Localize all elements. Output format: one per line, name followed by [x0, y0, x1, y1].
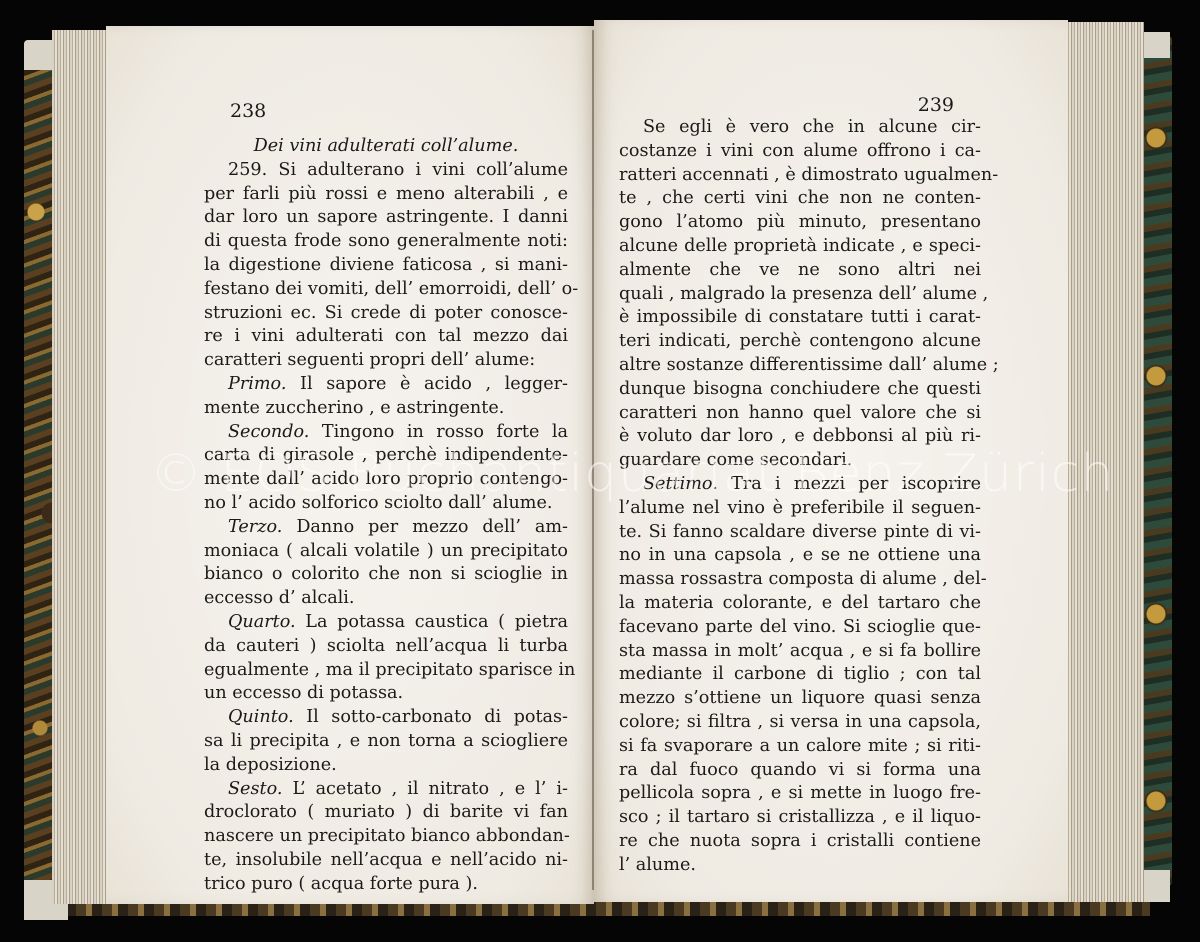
- text-line: sa li precipita , e non torna a scioglie…: [204, 730, 568, 754]
- text-line: eccesso d’ alcali.: [204, 587, 568, 611]
- text-line: gono l’atomo più minuto, presentano: [619, 211, 981, 235]
- text-line: carta di girasole , perchè indipendente-: [204, 444, 568, 468]
- text-line: Se egli è vero che in alcune cir-: [619, 116, 981, 140]
- page-number: 238: [230, 100, 266, 122]
- line-text: re i vini adulterati con tal mezzo dai: [204, 326, 568, 346]
- line-text: è voluto dar loro , e debbonsi al più ri…: [619, 426, 981, 446]
- line-text: alcune delle proprietà indicate , e spec…: [619, 236, 981, 256]
- line-text: un eccesso di potassa.: [204, 683, 403, 703]
- text-line: l’alume nel vino è preferibile il seguen…: [619, 497, 981, 521]
- text-line: Settimo. Tra i mezzi per iscoprire: [619, 473, 981, 497]
- line-text: bianco o colorito che non si scioglie in: [204, 564, 568, 584]
- text-line: l’ alume.: [619, 854, 981, 878]
- text-line: festano dei vomiti, dell’ emorroidi, del…: [204, 278, 568, 302]
- right-page-text: Se egli è vero che in alcune cir-costanz…: [619, 116, 981, 878]
- text-line: Terzo. Danno per mezzo dell’ am-: [204, 516, 568, 540]
- line-text: Tra i mezzi per iscoprire: [718, 474, 981, 494]
- line-text: no l’ acido solforico sciolto dall’ alum…: [204, 493, 552, 513]
- text-line: pellicola sopra , e si mette in luogo fr…: [619, 782, 981, 806]
- line-text: facevano parte del vino. Si scioglie que…: [619, 617, 981, 637]
- line-text: Se egli è vero che in alcune cir-: [643, 117, 981, 137]
- text-line: droclorato ( muriato ) di barite vi fan: [204, 801, 568, 825]
- bottom-cover-edge: [50, 902, 1150, 916]
- line-text: per farli più rossi e meno alterabili , …: [204, 184, 568, 204]
- line-text: droclorato ( muriato ) di barite vi fan: [204, 802, 568, 822]
- text-line: un eccesso di potassa.: [204, 682, 568, 706]
- text-line: la materia colorante, e del tartaro che: [619, 592, 981, 616]
- line-text: l’ alume.: [619, 855, 696, 875]
- text-line: dar loro un sapore astringente. I danni: [204, 206, 568, 230]
- text-line: no in una capsola , e se ne ottiene una: [619, 544, 981, 568]
- text-line: mezzo s’ottiene un liquore quasi senza: [619, 687, 981, 711]
- line-text: egualmente , ma il precipitato sparisce …: [204, 660, 575, 680]
- text-line: Primo. Il sapore è acido , legger-: [204, 373, 568, 397]
- paragraph-lead: Quinto.: [228, 707, 294, 727]
- line-text: carta di girasole , perchè indipendente-: [204, 445, 568, 465]
- text-line: te , che certi vini che non ne conten-: [619, 187, 981, 211]
- left-page: 238 Dei vini adulterati coll’alume. 259.…: [106, 26, 594, 904]
- paragraph-lead: Quarto.: [228, 612, 296, 632]
- line-text: 259. Si adulterano i vini coll’alume: [228, 160, 568, 180]
- text-line: Quarto. La potassa caustica ( pietra: [204, 611, 568, 635]
- line-text: sta massa in molt’ acqua , e si fa bolli…: [619, 641, 981, 661]
- text-line: mente dall’ acido loro proprio contengo-: [204, 468, 568, 492]
- text-line: Quinto. Il sotto-carbonato di potas-: [204, 706, 568, 730]
- text-line: bianco o colorito che non si scioglie in: [204, 563, 568, 587]
- text-line: sco ; il tartaro si cristallizza , e il …: [619, 806, 981, 830]
- text-line: ratteri accennati , è dimostrato ugualme…: [619, 164, 981, 188]
- line-text: si fa svaporare a un calore mite ; si ri…: [619, 736, 981, 756]
- line-text: Il sotto-carbonato di potas-: [294, 707, 568, 727]
- paragraph-lead: Secondo.: [228, 422, 309, 442]
- right-marbled-cover: [1140, 36, 1172, 886]
- line-text: guardare come secondari.: [619, 450, 852, 470]
- line-text: La potassa caustica ( pietra: [296, 612, 568, 632]
- line-text: sco ; il tartaro si cristallizza , e il …: [619, 807, 981, 827]
- text-line: no l’ acido solforico sciolto dall’ alum…: [204, 492, 568, 516]
- text-line: trico puro ( acqua forte pura ).: [204, 873, 568, 897]
- text-line: re i vini adulterati con tal mezzo dai: [204, 325, 568, 349]
- line-text: struzioni ec. Si crede di poter conosce-: [204, 303, 568, 323]
- book-gutter: [592, 30, 594, 890]
- text-line: caratteri seguenti propri dell’ alume:: [204, 349, 568, 373]
- line-text: caratteri non hanno quel valore che si: [619, 403, 981, 423]
- paragraph-lead: Terzo.: [228, 517, 282, 537]
- text-line: si fa svaporare a un calore mite ; si ri…: [619, 735, 981, 759]
- line-text: eccesso d’ alcali.: [204, 588, 355, 608]
- right-page: 239 Se egli è vero che in alcune cir-cos…: [594, 20, 1068, 902]
- line-text: gono l’atomo più minuto, presentano: [619, 212, 981, 232]
- line-text: sa li precipita , e non torna a scioglie…: [204, 731, 568, 751]
- text-line: alcune delle proprietà indicate , e spec…: [619, 235, 981, 259]
- text-line: teri indicati, perchè contengono alcune: [619, 330, 981, 354]
- page-number: 239: [918, 94, 954, 116]
- paragraph-lead: Sesto.: [228, 779, 282, 799]
- text-line: ra dal fuoco quando vi si forma una: [619, 759, 981, 783]
- line-text: Il sapore è acido , legger-: [286, 374, 568, 394]
- text-line: è impossibile di constatare tutti i cara…: [619, 306, 981, 330]
- text-line: costanze i vini con alume offrono i ca-: [619, 140, 981, 164]
- left-page-text: Dei vini adulterati coll’alume. 259. Si …: [204, 135, 568, 897]
- text-line: massa rossastra composta di alume , del-: [619, 568, 981, 592]
- line-text: costanze i vini con alume offrono i ca-: [619, 141, 981, 161]
- line-text: dunque bisogna conchiudere che questi: [619, 379, 981, 399]
- text-line: nascere un precipitato bianco abbondan-: [204, 825, 568, 849]
- text-line: mente zuccherino , e astringente.: [204, 397, 568, 421]
- line-text: l’alume nel vino è preferibile il seguen…: [619, 498, 981, 518]
- line-text: la digestione diviene faticosa , si mani…: [204, 255, 568, 275]
- line-text: altre sostanze differentissime dall’ alu…: [619, 355, 999, 375]
- line-text: mediante il carbone di tiglio ; con tal: [619, 664, 981, 684]
- line-text: teri indicati, perchè contengono alcune: [619, 331, 981, 351]
- line-text: festano dei vomiti, dell’ emorroidi, del…: [204, 279, 578, 299]
- line-text: moniaca ( alcali volatile ) un precipita…: [204, 541, 568, 561]
- text-line: caratteri non hanno quel valore che si: [619, 402, 981, 426]
- text-line: colore; si filtra , si versa in una caps…: [619, 711, 981, 735]
- text-line: re che nuota sopra i cristalli contiene: [619, 830, 981, 854]
- line-text: è impossibile di constatare tutti i cara…: [619, 307, 981, 327]
- text-line: moniaca ( alcali volatile ) un precipita…: [204, 540, 568, 564]
- line-text: te , che certi vini che non ne conten-: [619, 188, 981, 208]
- text-line: facevano parte del vino. Si scioglie que…: [619, 616, 981, 640]
- text-line: da cauteri ) sciolta nell’acqua li turba: [204, 635, 568, 659]
- right-page-block-edge: [1066, 22, 1144, 902]
- text-line: è voluto dar loro , e debbonsi al più ri…: [619, 425, 981, 449]
- text-line: quali , malgrado la presenza dell’ alume…: [619, 283, 981, 307]
- text-line: struzioni ec. Si crede di poter conosce-: [204, 302, 568, 326]
- text-line: guardare come secondari.: [619, 449, 981, 473]
- line-text: pellicola sopra , e si mette in luogo fr…: [619, 783, 981, 803]
- text-line: Sesto. L’ acetato , il nitrato , e l’ i-: [204, 778, 568, 802]
- text-line: sta massa in molt’ acqua , e si fa bolli…: [619, 640, 981, 664]
- line-text: dar loro un sapore astringente. I danni: [204, 207, 568, 227]
- line-text: di questa frode sono generalmente noti:: [204, 231, 568, 251]
- line-text: no in una capsola , e se ne ottiene una: [619, 545, 981, 565]
- text-line: mediante il carbone di tiglio ; con tal: [619, 663, 981, 687]
- line-text: nascere un precipitato bianco abbondan-: [204, 826, 570, 846]
- line-text: mezzo s’ottiene un liquore quasi senza: [619, 688, 981, 708]
- text-line: la digestione diviene faticosa , si mani…: [204, 254, 568, 278]
- line-text: trico puro ( acqua forte pura ).: [204, 874, 478, 894]
- line-text: L’ acetato , il nitrato , e l’ i-: [282, 779, 568, 799]
- open-book: 238 Dei vini adulterati coll’alume. 259.…: [0, 0, 1200, 942]
- line-text: Tingono in rosso forte la: [309, 422, 568, 442]
- section-heading: Dei vini adulterati coll’alume.: [204, 135, 568, 159]
- line-text: mente dall’ acido loro proprio contengo-: [204, 469, 568, 489]
- line-text: te, insolubile nell’acqua e nell’acido n…: [204, 850, 568, 870]
- text-line: egualmente , ma il precipitato sparisce …: [204, 659, 568, 683]
- text-line: te. Si fanno scaldare diverse pinte di v…: [619, 521, 981, 545]
- text-line: te, insolubile nell’acqua e nell’acido n…: [204, 849, 568, 873]
- text-line: dunque bisogna conchiudere che questi: [619, 378, 981, 402]
- text-line: di questa frode sono generalmente noti:: [204, 230, 568, 254]
- line-text: caratteri seguenti propri dell’ alume:: [204, 350, 535, 370]
- line-text: la deposizione.: [204, 755, 337, 775]
- line-text: Danno per mezzo dell’ am-: [282, 517, 568, 537]
- text-line: Secondo. Tingono in rosso forte la: [204, 421, 568, 445]
- text-line: per farli più rossi e meno alterabili , …: [204, 183, 568, 207]
- line-text: re che nuota sopra i cristalli contiene: [619, 831, 981, 851]
- line-text: colore; si filtra , si versa in una caps…: [619, 712, 981, 732]
- line-text: quali , malgrado la presenza dell’ alume…: [619, 284, 988, 304]
- line-text: la materia colorante, e del tartaro che: [619, 593, 981, 613]
- paragraph-lead: Primo.: [228, 374, 286, 394]
- paragraph-lead: Settimo.: [643, 474, 718, 494]
- text-line: almente che ve ne sono altri nei: [619, 259, 981, 283]
- line-text: almente che ve ne sono altri nei: [619, 260, 981, 280]
- line-text: massa rossastra composta di alume , del-: [619, 569, 987, 589]
- line-text: te. Si fanno scaldare diverse pinte di v…: [619, 522, 981, 542]
- text-line: 259. Si adulterano i vini coll’alume: [204, 159, 568, 183]
- text-line: altre sostanze differentissime dall’ alu…: [619, 354, 981, 378]
- line-text: ratteri accennati , è dimostrato ugualme…: [619, 165, 998, 185]
- text-line: la deposizione.: [204, 754, 568, 778]
- line-text: da cauteri ) sciolta nell’acqua li turba: [204, 636, 568, 656]
- line-text: ra dal fuoco quando vi si forma una: [619, 760, 981, 780]
- line-text: mente zuccherino , e astringente.: [204, 398, 504, 418]
